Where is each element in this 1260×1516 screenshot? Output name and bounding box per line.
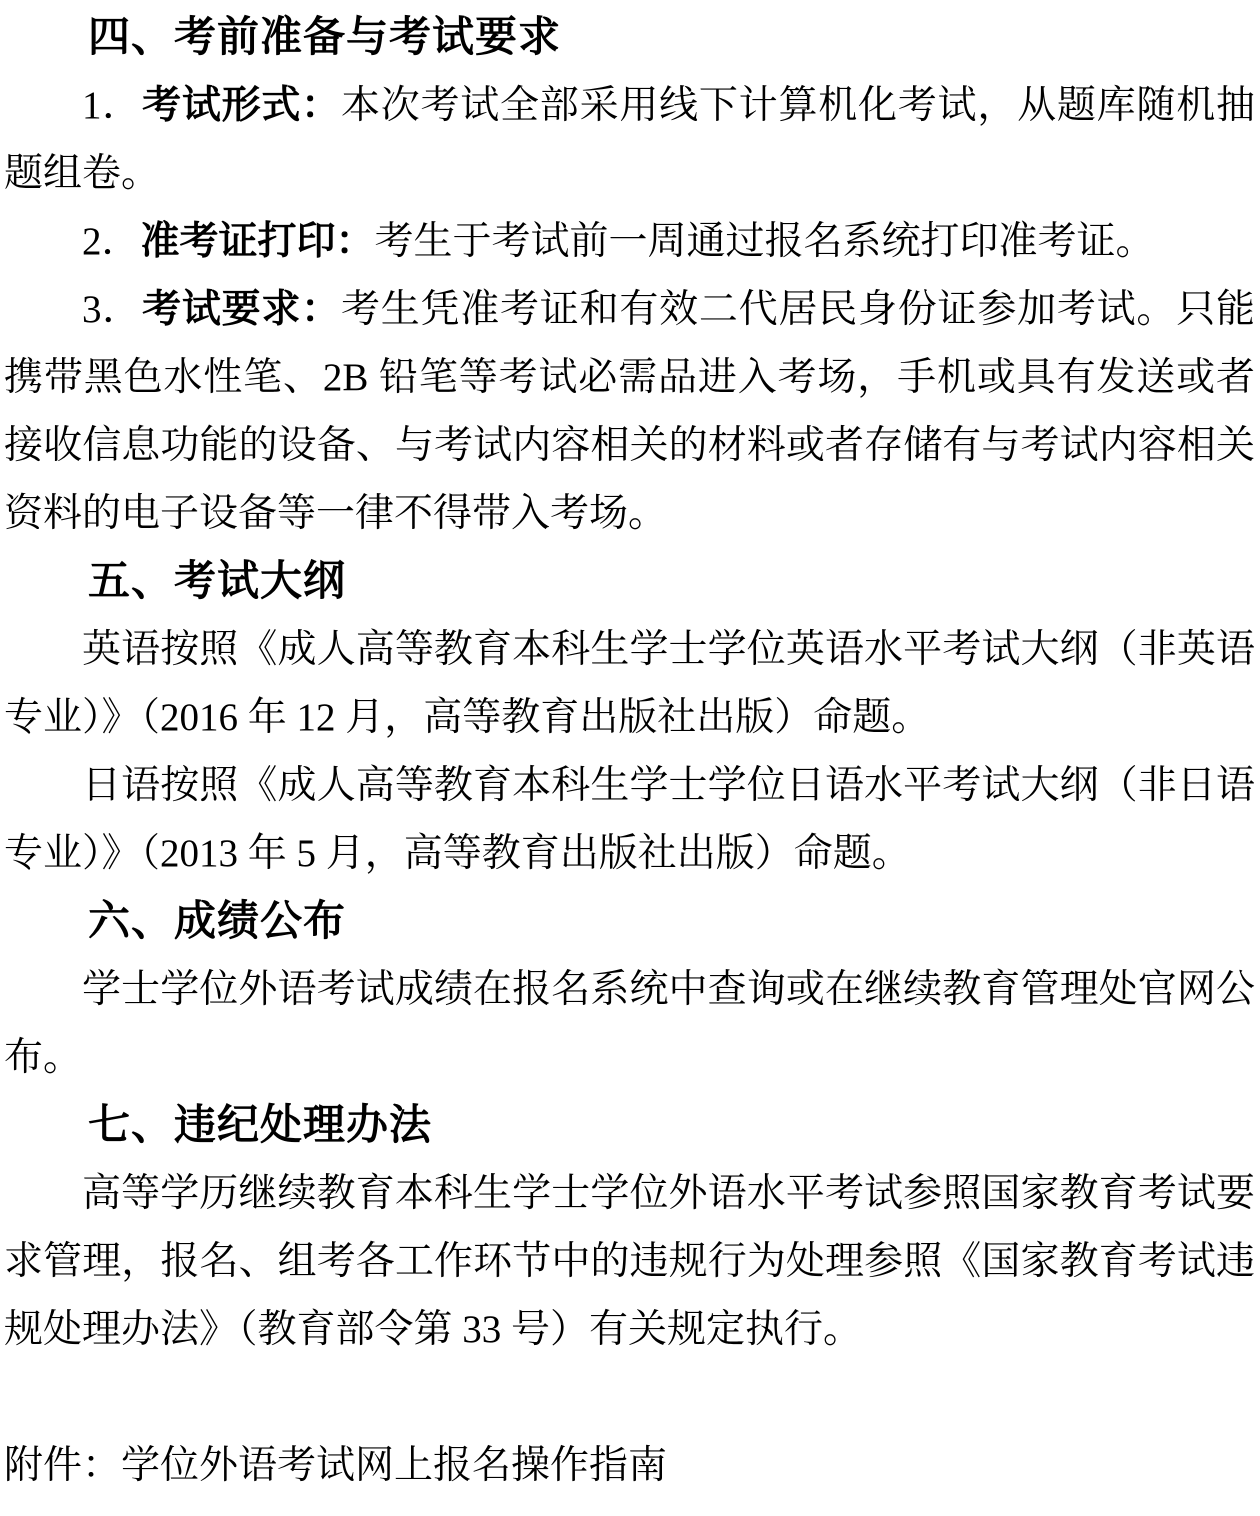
section5-japanese-paragraph: 日语按照《成人高等教育本科生学士学位日语水平考试大纲（非日语专业）》（2013 … xyxy=(4,752,1255,888)
section4-item1-paragraph: 1．考试形式：本次考试全部采用线下计算机化考试，从题库随机抽题组卷。 xyxy=(4,72,1255,208)
section4-item2-paragraph: 2．准考证打印：考生于考试前一周通过报名系统打印准考证。 xyxy=(4,208,1255,276)
item2-label: 准考证打印： xyxy=(141,220,375,263)
section5-heading: 五、考试大纲 xyxy=(4,548,1255,616)
section4-item3-paragraph: 3．考试要求：考生凭准考证和有效二代居民身份证参加考试。只能携带黑色水性笔、2B… xyxy=(4,276,1255,548)
document-page: 四、考前准备与考试要求 1．考试形式：本次考试全部采用线下计算机化考试，从题库随… xyxy=(0,0,1260,1516)
attachment-label: 附件： xyxy=(4,1444,121,1487)
section5-english-paragraph: 英语按照《成人高等教育本科生学士学位英语水平考试大纲（非英语专业）》（2016 … xyxy=(4,616,1255,752)
item3-number: 3． xyxy=(82,288,142,331)
attachment-text: 学位外语考试网上报名操作指南 xyxy=(121,1444,667,1487)
section7-paragraph: 高等学历继续教育本科生学士学位外语水平考试参照国家教育考试要求管理，报名、组考各… xyxy=(4,1160,1255,1364)
section7-heading: 七、违纪处理办法 xyxy=(4,1092,1255,1160)
attachment-line: 附件：学位外语考试网上报名操作指南 xyxy=(4,1432,1255,1500)
blank-line xyxy=(4,1364,1255,1432)
section6-paragraph: 学士学位外语考试成绩在报名系统中查询或在继续教育管理处官网公布。 xyxy=(4,956,1255,1092)
item1-label: 考试形式： xyxy=(142,84,341,127)
item3-label: 考试要求： xyxy=(142,288,341,331)
item2-number: 2． xyxy=(82,220,141,263)
item2-body: 考生于考试前一周通过报名系统打印准考证。 xyxy=(375,220,1155,263)
section6-heading: 六、成绩公布 xyxy=(4,888,1255,956)
item1-number: 1． xyxy=(82,84,142,127)
section4-heading: 四、考前准备与考试要求 xyxy=(4,4,1255,72)
